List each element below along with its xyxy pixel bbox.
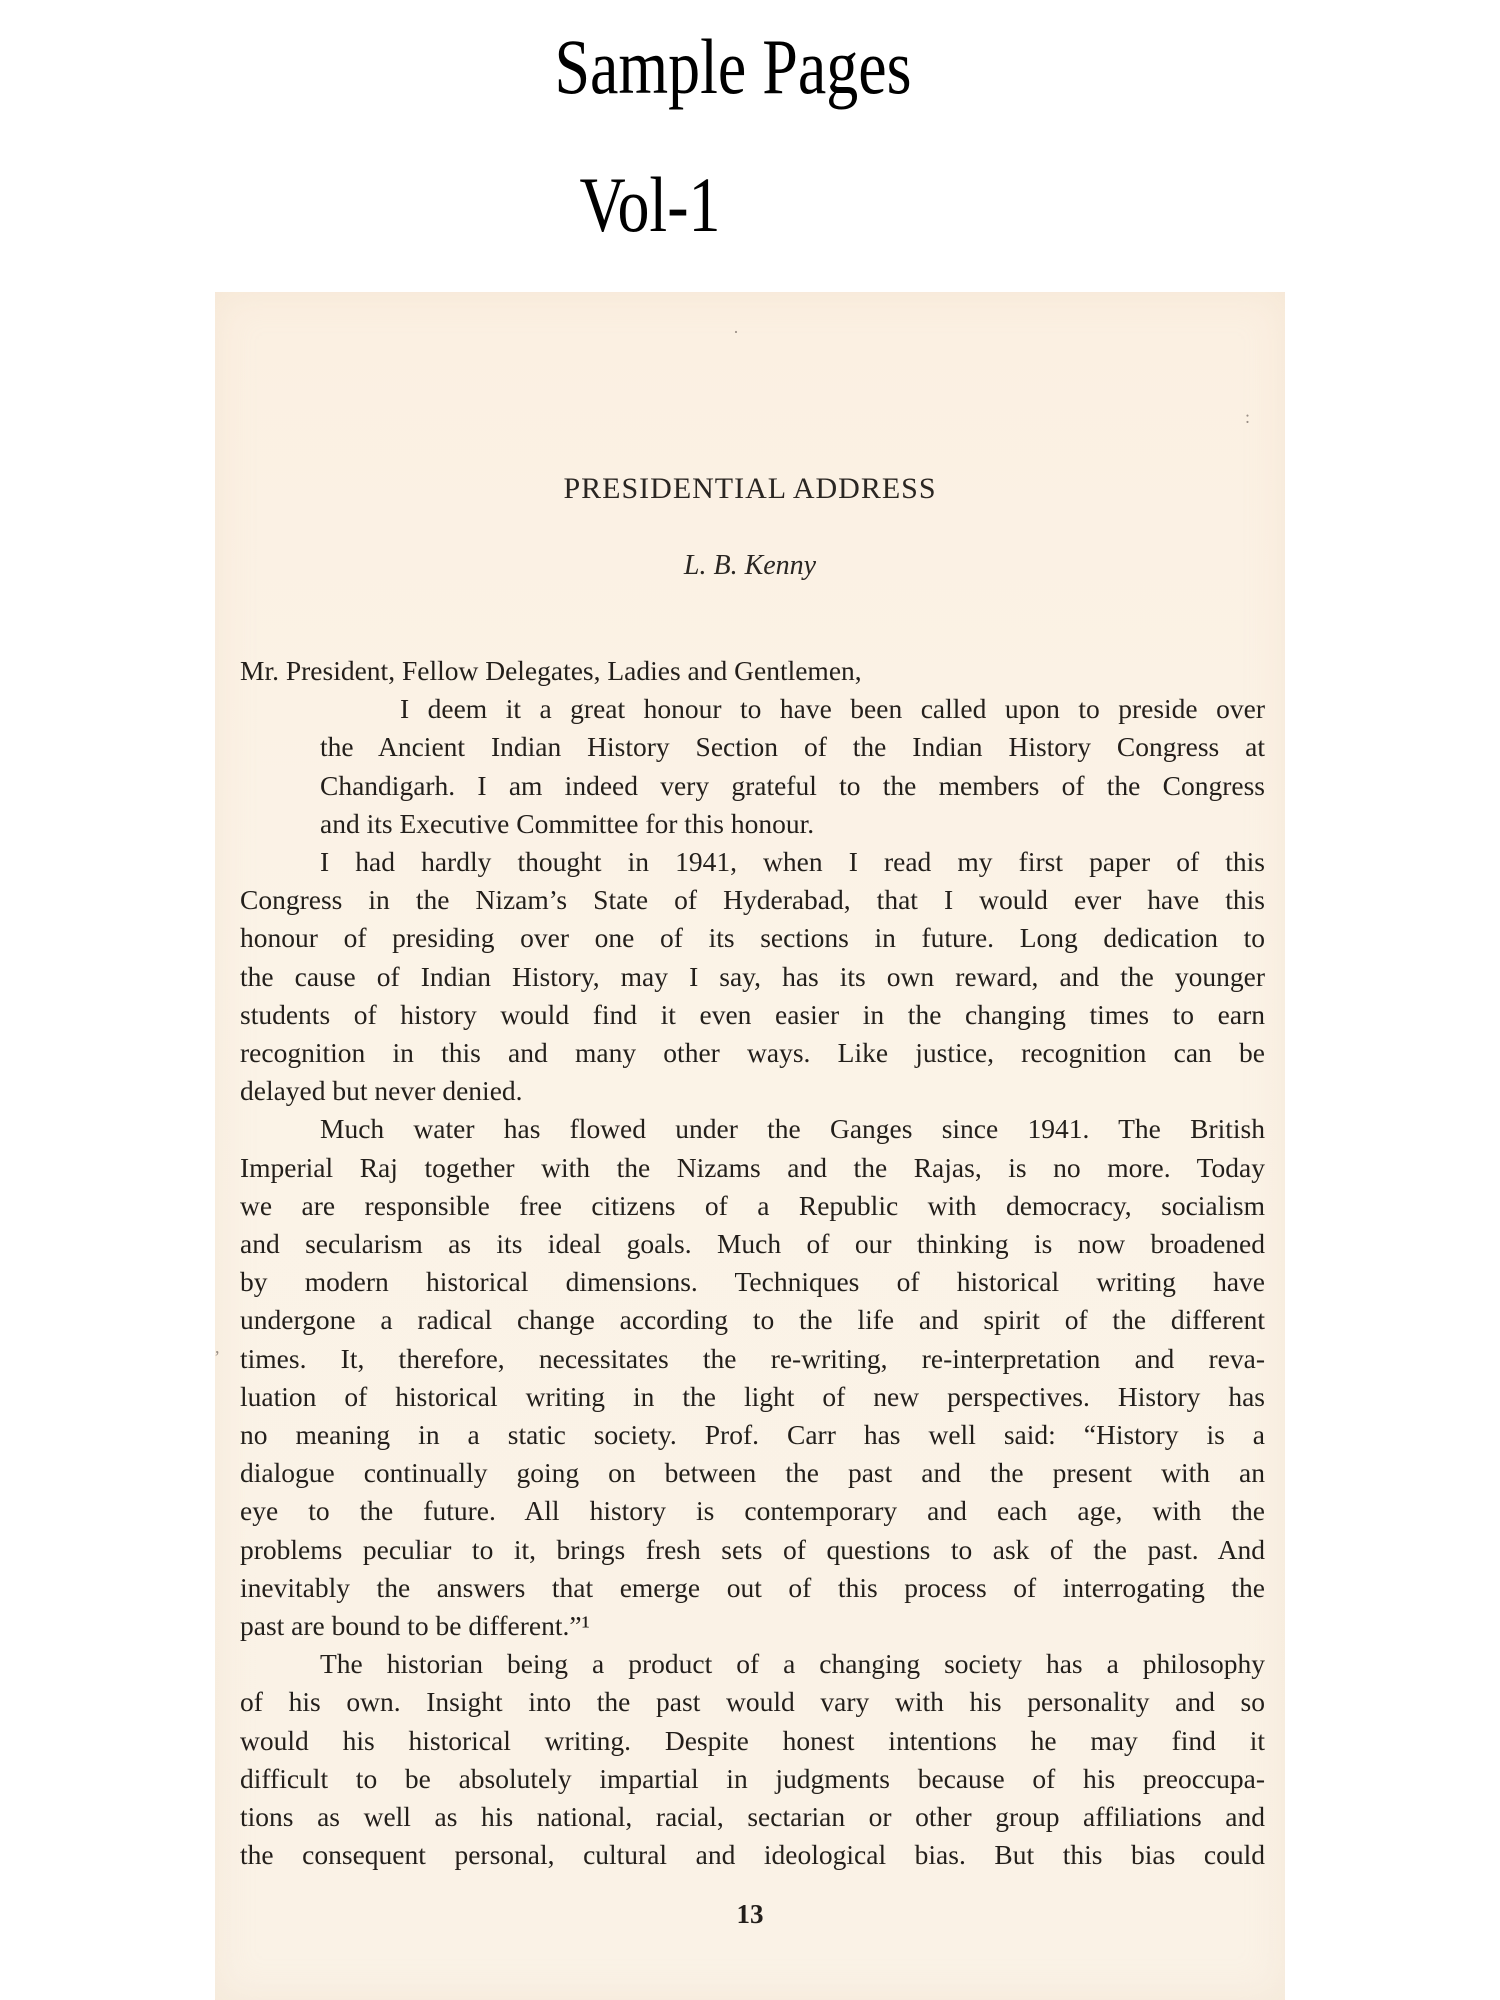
print-speck: : bbox=[1245, 407, 1250, 428]
text-line: would his historical writing. Despite ho… bbox=[240, 1722, 1265, 1760]
paragraph-1: I deem it a great honour to have been ca… bbox=[240, 690, 1265, 843]
text-line: Imperial Raj together with the Nizams an… bbox=[240, 1149, 1265, 1187]
text-line: honour of presiding over one of its sect… bbox=[240, 919, 1265, 957]
text-line: undergone a radical change according to … bbox=[240, 1301, 1265, 1339]
text-line: inevitably the answers that emerge out o… bbox=[240, 1569, 1265, 1607]
text-line: delayed but never denied. bbox=[240, 1072, 1265, 1110]
paragraph-2: I had hardly thought in 1941, when I rea… bbox=[240, 843, 1265, 1110]
text-line: I deem it a great honour to have been ca… bbox=[240, 690, 1265, 728]
page-number: 13 bbox=[215, 1899, 1285, 1930]
text-line: students of history would find it even e… bbox=[240, 996, 1265, 1034]
text-line: problems peculiar to it, brings fresh se… bbox=[240, 1531, 1265, 1569]
text-line: luation of historical writing in the lig… bbox=[240, 1378, 1265, 1416]
text-line: and its Executive Committee for this hon… bbox=[240, 805, 1265, 843]
document-title: PRESIDENTIAL ADDRESS bbox=[215, 472, 1285, 506]
margin-mark: , bbox=[215, 1337, 220, 1358]
text-line: dialogue continually going on between th… bbox=[240, 1454, 1265, 1492]
text-line: the cause of Indian History, may I say, … bbox=[240, 958, 1265, 996]
text-line: recognition in this and many other ways.… bbox=[240, 1034, 1265, 1072]
text-line: eye to the future. All history is contem… bbox=[240, 1492, 1265, 1530]
text-line: I had hardly thought in 1941, when I rea… bbox=[240, 843, 1265, 881]
text-line: difficult to be absolutely impartial in … bbox=[240, 1760, 1265, 1798]
text-line: past are bound to be different.”¹ bbox=[240, 1607, 1265, 1645]
text-line: the consequent personal, cultural and id… bbox=[240, 1836, 1265, 1874]
sample-pages-heading: Sample Pages bbox=[118, 22, 1348, 112]
paragraph-3: Much water has flowed under the Ganges s… bbox=[240, 1110, 1265, 1645]
text-line: times. It, therefore, necessitates the r… bbox=[240, 1340, 1265, 1378]
text-line: Mr. President, Fellow Delegates, Ladies … bbox=[240, 652, 1265, 690]
salutation: Mr. President, Fellow Delegates, Ladies … bbox=[240, 652, 1265, 690]
text-line: Much water has flowed under the Ganges s… bbox=[240, 1110, 1265, 1148]
text-line: and secularism as its ideal goals. Much … bbox=[240, 1225, 1265, 1263]
volume-heading: Vol-1 bbox=[35, 160, 1265, 250]
text-line: we are responsible free citizens of a Re… bbox=[240, 1187, 1265, 1225]
text-line: of his own. Insight into the past would … bbox=[240, 1683, 1265, 1721]
document-body: Mr. President, Fellow Delegates, Ladies … bbox=[240, 652, 1265, 1875]
text-line: tions as well as his national, racial, s… bbox=[240, 1798, 1265, 1836]
print-speck: · bbox=[733, 322, 739, 343]
text-line: Congress in the Nizam’s State of Hyderab… bbox=[240, 881, 1265, 919]
text-line: The historian being a product of a chang… bbox=[240, 1645, 1265, 1683]
text-line: no meaning in a static society. Prof. Ca… bbox=[240, 1416, 1265, 1454]
text-line: Chandigarh. I am indeed very grateful to… bbox=[240, 767, 1265, 805]
scanned-book-page: · : , PRESIDENTIAL ADDRESS L. B. Kenny M… bbox=[215, 292, 1285, 2000]
text-line: the Ancient Indian History Section of th… bbox=[240, 728, 1265, 766]
paragraph-4: The historian being a product of a chang… bbox=[240, 1645, 1265, 1874]
text-line: by modern historical dimensions. Techniq… bbox=[240, 1263, 1265, 1301]
document-author: L. B. Kenny bbox=[215, 550, 1285, 582]
